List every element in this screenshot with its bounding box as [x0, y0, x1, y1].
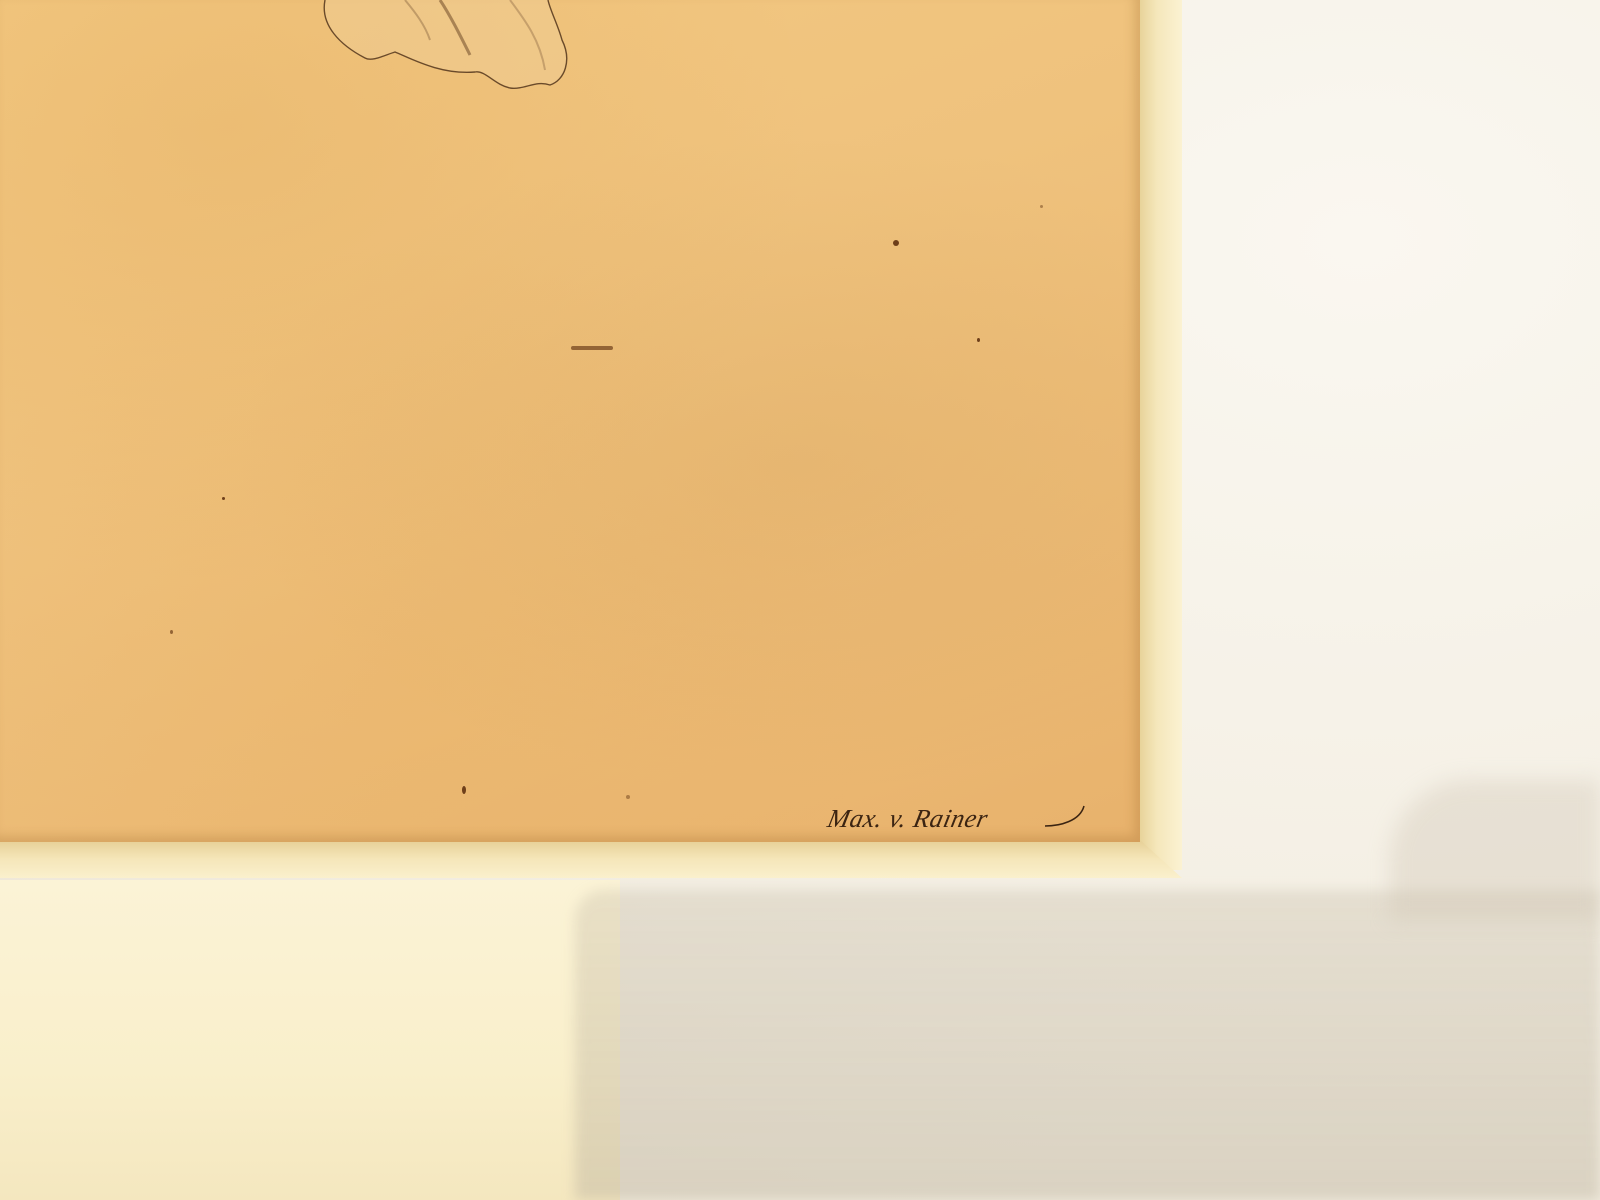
foxing-spot — [170, 630, 173, 634]
mat-bevel-bottom — [0, 840, 1182, 878]
foxing-spot — [1040, 205, 1043, 208]
signature-flourish — [1040, 796, 1090, 832]
mat-highlight — [0, 880, 620, 1200]
artist-signature: Max. v. Rainer — [825, 804, 991, 834]
foxing-spot — [893, 240, 899, 246]
mat-bevel-right — [1140, 0, 1182, 870]
aged-paper: Max. v. Rainer — [0, 0, 1140, 842]
frame-shadow-right — [1390, 780, 1600, 920]
foxing-spot — [977, 338, 980, 342]
pencil-drawing-fragment — [310, 0, 570, 95]
foxing-spot — [626, 795, 630, 799]
frame-shadow — [575, 890, 1600, 1200]
foxing-spot — [222, 497, 225, 500]
foxing-spot — [462, 786, 466, 794]
foxing-spot — [571, 346, 613, 350]
